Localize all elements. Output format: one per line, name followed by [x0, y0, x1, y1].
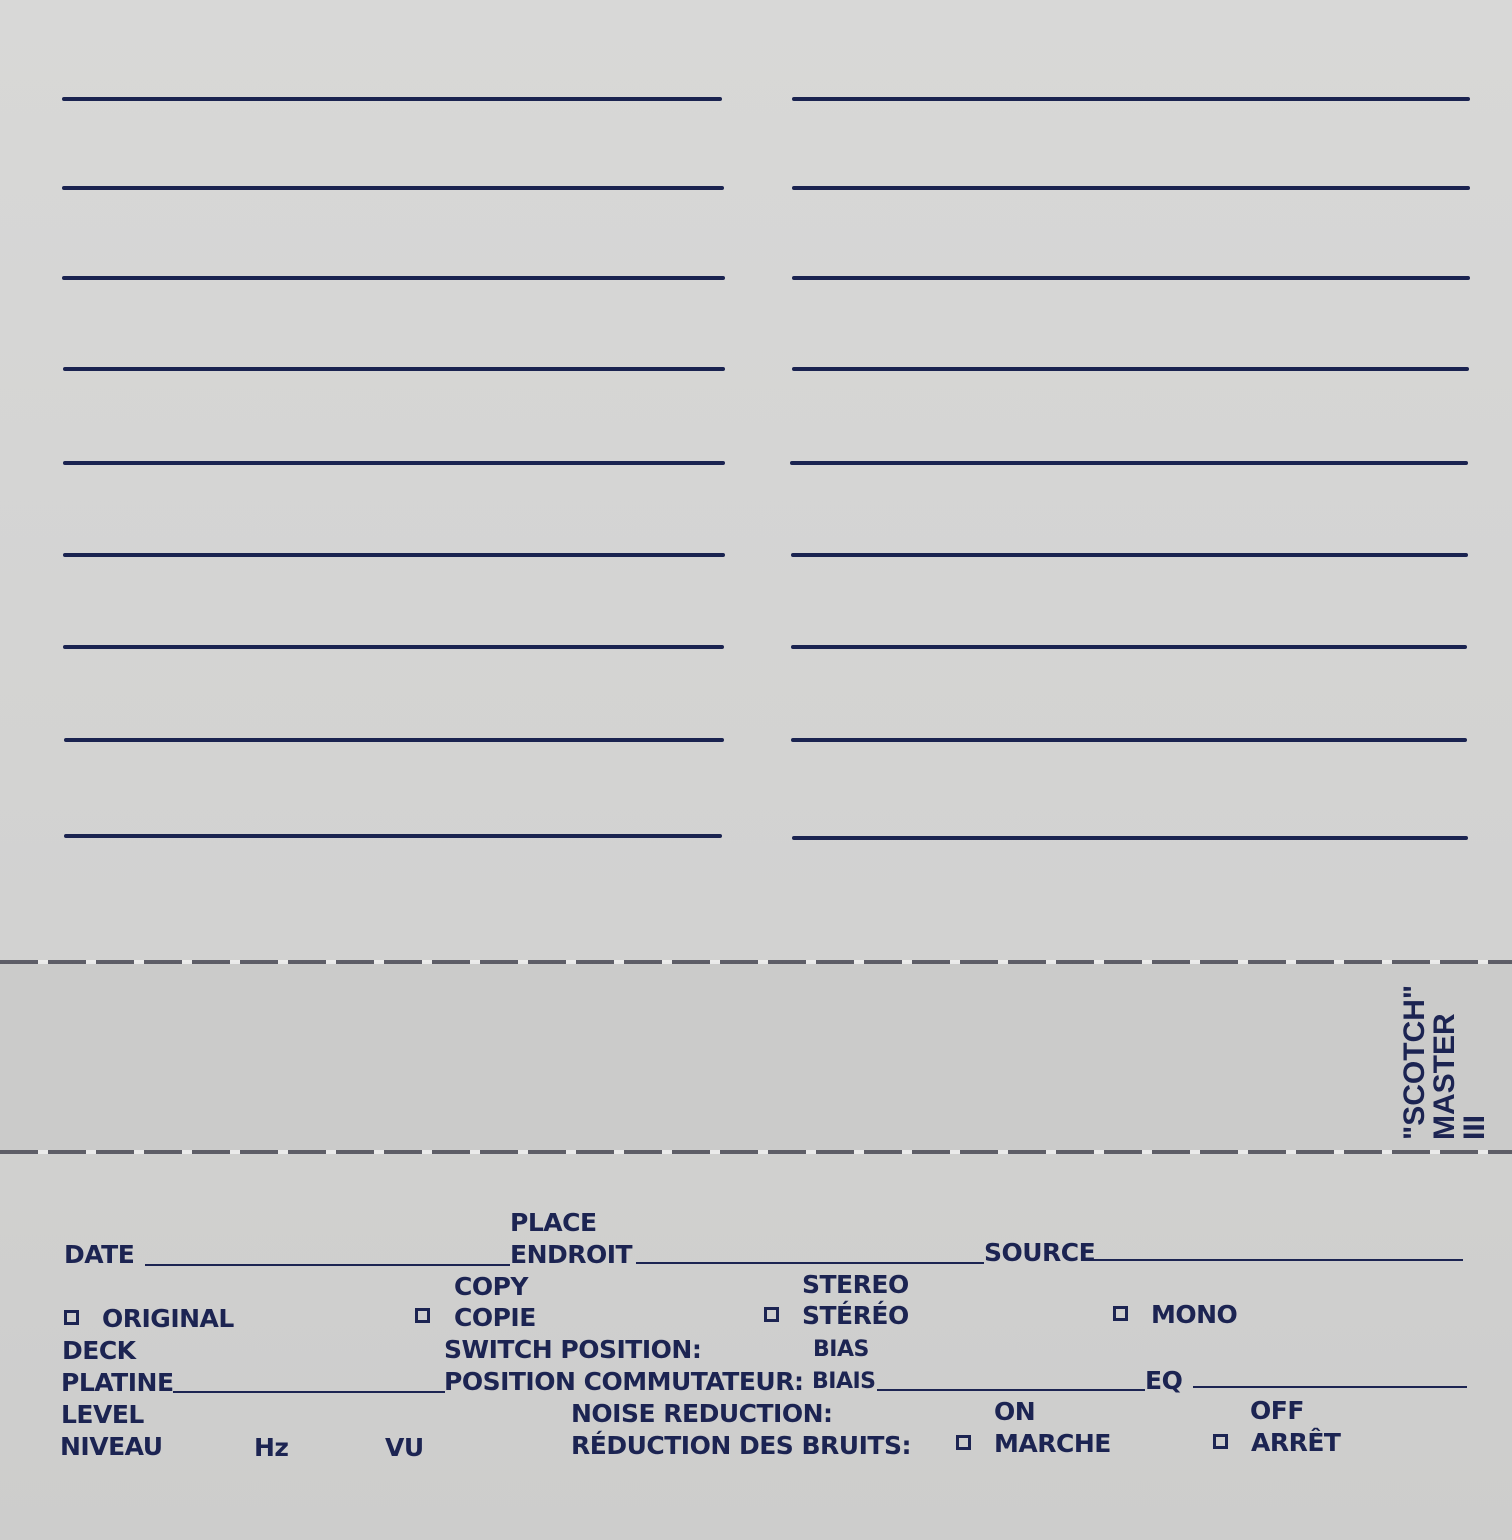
writing-line[interactable]: [62, 276, 725, 280]
level-fr-label: NIVEAU: [60, 1432, 163, 1461]
writing-line[interactable]: [63, 461, 725, 465]
original-checkbox[interactable]: [64, 1310, 79, 1325]
on-en-label: ON: [994, 1397, 1035, 1426]
off-fr-label: ARRÊT: [1251, 1428, 1340, 1457]
nr-off-checkbox[interactable]: [1213, 1434, 1228, 1449]
nr-on-checkbox[interactable]: [956, 1435, 971, 1450]
copy-fr-label: COPIE: [454, 1303, 536, 1332]
brand-line-1: "SCOTCH": [1400, 985, 1430, 1140]
bias-en-label: BIAS: [813, 1337, 869, 1362]
bias-fr-label: BIAIS: [812, 1369, 876, 1394]
noise-reduction-fr-label: RÉDUCTION DES BRUITS:: [571, 1431, 911, 1460]
writing-line[interactable]: [63, 367, 725, 371]
copy-en-label: COPY: [454, 1272, 528, 1301]
deck-en-label: DECK: [62, 1336, 136, 1365]
stereo-checkbox[interactable]: [764, 1307, 779, 1322]
writing-line[interactable]: [62, 97, 722, 101]
writing-line[interactable]: [791, 645, 1467, 649]
level-en-label: LEVEL: [61, 1400, 144, 1429]
writing-line[interactable]: [792, 836, 1468, 840]
writing-line[interactable]: [791, 738, 1467, 742]
tape-label-card: "SCOTCH" MASTER III PLACE DATE ENDROIT S…: [0, 0, 1512, 1540]
place-en-label: PLACE: [510, 1208, 597, 1237]
writing-line[interactable]: [791, 553, 1468, 557]
mono-label: MONO: [1151, 1300, 1237, 1329]
writing-line[interactable]: [790, 461, 1468, 465]
stereo-fr-label: STÉRÉO: [802, 1301, 909, 1330]
writing-line[interactable]: [792, 97, 1470, 101]
writing-line[interactable]: [792, 186, 1470, 190]
place-fr-label: ENDROIT: [510, 1240, 632, 1269]
writing-line[interactable]: [64, 834, 722, 838]
writing-line[interactable]: [792, 367, 1469, 371]
vu-label: VU: [385, 1433, 424, 1462]
noise-reduction-en-label: NOISE REDUCTION:: [571, 1399, 833, 1428]
switch-fr-label: POSITION COMMUTATEUR:: [444, 1367, 803, 1396]
perforation-bottom[interactable]: [0, 1150, 1512, 1154]
mono-checkbox[interactable]: [1113, 1306, 1128, 1321]
spine-flap: [0, 962, 1512, 1152]
bias-field[interactable]: [877, 1389, 1145, 1391]
date-field[interactable]: [145, 1264, 510, 1266]
writing-line[interactable]: [63, 645, 724, 649]
source-field[interactable]: [1093, 1259, 1463, 1261]
off-en-label: OFF: [1250, 1396, 1304, 1425]
place-field[interactable]: [636, 1262, 984, 1264]
on-fr-label: MARCHE: [994, 1429, 1111, 1458]
original-label: ORIGINAL: [102, 1304, 234, 1333]
perforation-top[interactable]: [0, 960, 1512, 964]
deck-fr-label: PLATINE: [61, 1368, 174, 1397]
writing-line[interactable]: [63, 553, 725, 557]
writing-line[interactable]: [64, 738, 724, 742]
hz-label: Hz: [254, 1433, 288, 1462]
brand-line-2: MASTER III: [1430, 985, 1490, 1140]
writing-line[interactable]: [792, 276, 1470, 280]
copy-checkbox[interactable]: [415, 1308, 430, 1323]
brand-label: "SCOTCH" MASTER III: [1400, 985, 1490, 1140]
date-label: DATE: [64, 1240, 134, 1269]
stereo-en-label: STEREO: [802, 1270, 909, 1299]
writing-line[interactable]: [62, 186, 724, 190]
deck-field[interactable]: [173, 1391, 445, 1393]
eq-label: EQ: [1145, 1366, 1182, 1395]
eq-field[interactable]: [1193, 1386, 1467, 1388]
source-label: SOURCE: [984, 1238, 1095, 1267]
switch-en-label: SWITCH POSITION:: [444, 1335, 701, 1364]
